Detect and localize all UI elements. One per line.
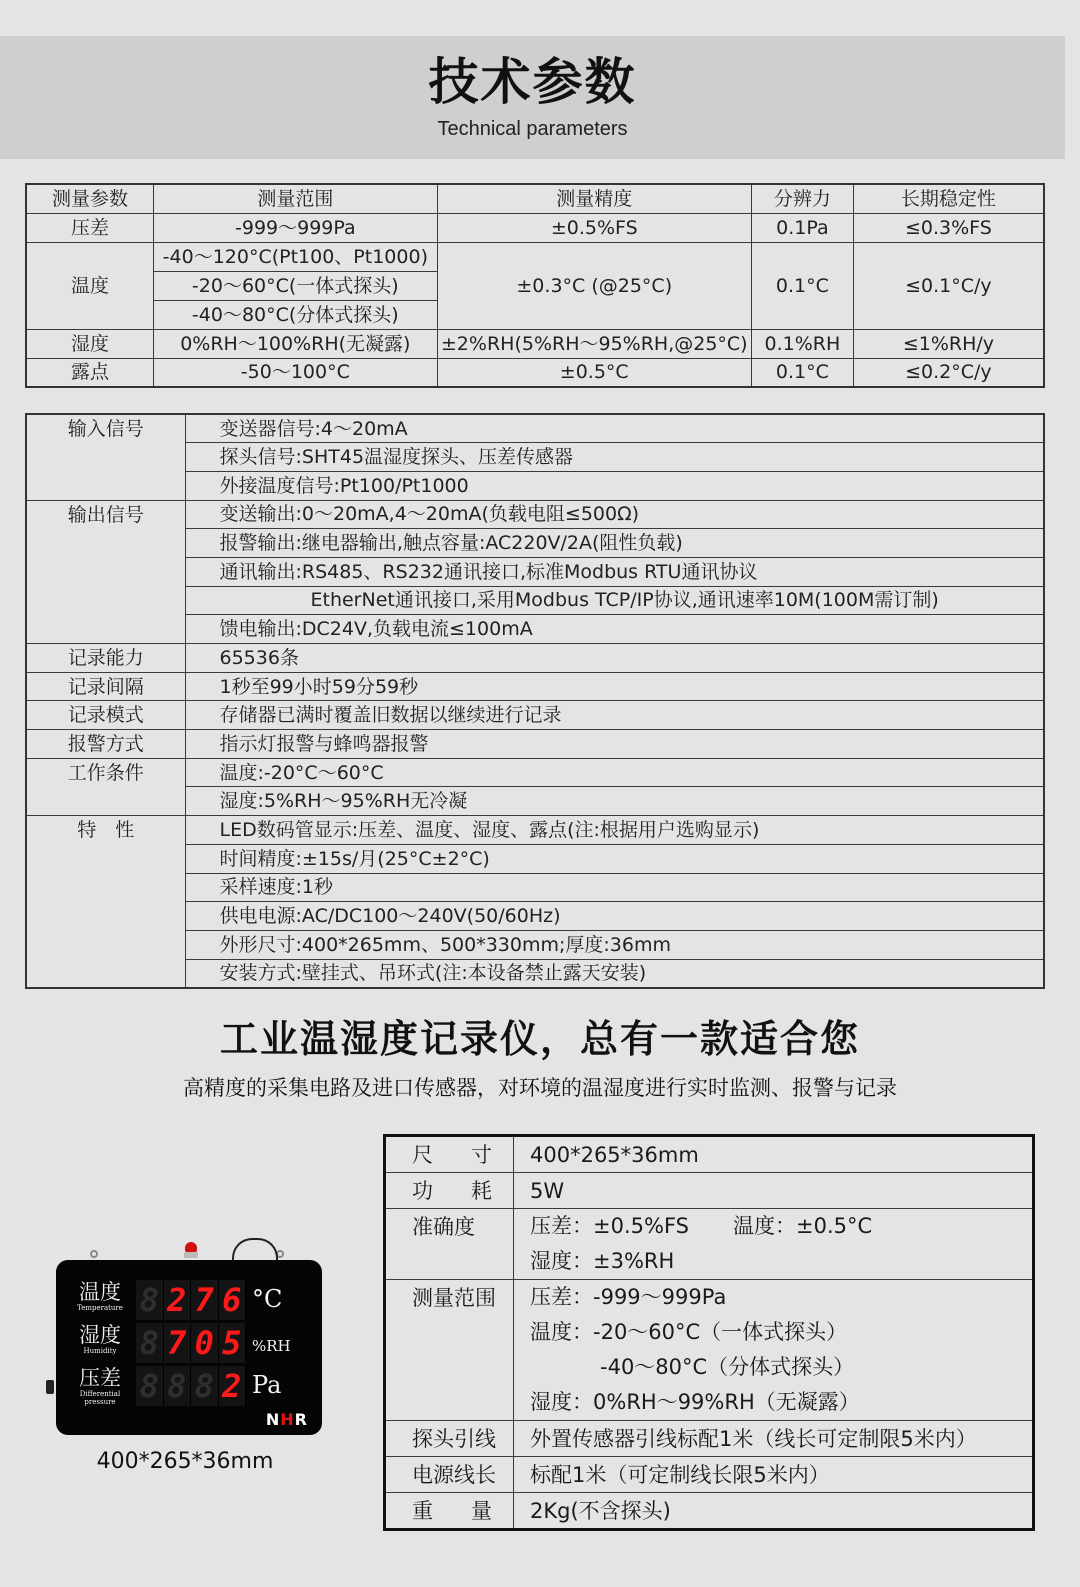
hanging-ring-icon (90, 1250, 98, 1258)
display-label-en: Temperature (66, 1304, 134, 1312)
spec-value: 采样速度:1秒 (185, 873, 1044, 902)
spec-value: 2Kg(不含探头) (514, 1493, 1034, 1530)
digit: 5 (219, 1323, 247, 1363)
spec-label: 特 性 (26, 816, 185, 988)
spec-value: 供电电源:AC/DC100～240V(50/60Hz) (185, 902, 1044, 931)
spec-label: 尺寸 (385, 1136, 514, 1173)
seven-segment-display: 8 2 7 6 (136, 1280, 246, 1320)
range-cell: -20～60°C(一体式探头) (154, 271, 437, 300)
display-label-en: Differential pressure (66, 1390, 134, 1406)
digit: 8 (164, 1366, 192, 1406)
param-cell: 湿度 (26, 329, 154, 358)
spec-value: 1秒至99小时59分59秒 (185, 672, 1044, 701)
stability-cell: ≤1%RH/y (853, 329, 1044, 358)
spec-label: 记录间隔 (26, 672, 185, 701)
device-panel: 温度 Temperature 8 2 7 6 °C 湿度 Humidity 8 … (56, 1260, 322, 1435)
stability-cell: ≤0.1°C/y (853, 242, 1044, 329)
spec-value: 报警输出:继电器输出,触点容量:AC220V/2A(阻性负载) (185, 529, 1044, 558)
display-row-pressure: 压差 Differential pressure 8 8 8 2 Pa (66, 1366, 316, 1406)
digit: 7 (191, 1280, 219, 1320)
range-cell: -40～80°C(分体式探头) (154, 300, 437, 329)
resolution-cell: 0.1°C (751, 358, 853, 387)
slogan-subtitle: 高精度的采集电路及进口传感器，对环境的温湿度进行实时监测、报警与记录 (0, 1073, 1080, 1103)
table-row: 报警方式指示灯报警与蜂鸣器报警 (26, 730, 1044, 759)
digit: 8 (136, 1280, 164, 1320)
digit: 0 (191, 1323, 219, 1363)
display-unit: %RH (252, 1331, 291, 1361)
param-cell: 温度 (26, 242, 154, 329)
spec-value: 安装方式:壁挂式、吊环式(注:本设备禁止露天安装) (185, 959, 1044, 988)
display-row-temperature: 温度 Temperature 8 2 7 6 °C (66, 1280, 316, 1320)
column-header: 分辨力 (751, 184, 853, 213)
spec-value: 变送输出:0～20mA,4～20mA(负载电阻≤500Ω) (185, 500, 1044, 529)
spec-label: 功耗 (385, 1173, 514, 1209)
resolution-cell: 0.1°C (751, 242, 853, 329)
side-connector-icon (46, 1380, 54, 1394)
table-row: 露点 -50～100°C ±0.5°C 0.1°C ≤0.2°C/y (26, 358, 1044, 387)
spec-table: 输入信号变送器信号:4～20mA 探头信号:SHT45温湿度探头、压差传感器 外… (25, 413, 1045, 989)
spec-value: 65536条 (185, 644, 1044, 673)
digit: 8 (136, 1366, 164, 1406)
column-header: 测量范围 (154, 184, 437, 213)
spec-value: 探头信号:SHT45温湿度探头、压差传感器 (185, 443, 1044, 472)
spec-value: 馈电输出:DC24V,负载电流≤100mA (185, 615, 1044, 644)
spec-value: LED数码管显示:压差、温度、湿度、露点(注:根据用户选购显示) (185, 816, 1044, 845)
spec-value: 压差：±0.5%FS温度：±0.5°C 湿度：±3%RH (514, 1209, 1034, 1280)
table-row: 电源线长 标配1米（可定制线长限5米内） (385, 1457, 1034, 1493)
table-row: 湿度 0%RH～100%RH(无凝露) ±2%RH(5%RH～95%RH,@25… (26, 329, 1044, 358)
spec-value: 变送器信号:4～20mA (185, 414, 1044, 443)
column-header: 长期稳定性 (853, 184, 1044, 213)
accuracy-cell: ±0.5%FS (437, 213, 751, 242)
table-row: 输入信号变送器信号:4～20mA (26, 414, 1044, 443)
resolution-cell: 0.1%RH (751, 329, 853, 358)
spec-label: 报警方式 (26, 730, 185, 759)
device-caption: 400*265*36mm (40, 1446, 330, 1478)
table-row: 探头引线 外置传感器引线标配1米（线长可定制限5米内） (385, 1421, 1034, 1457)
table-header-row: 测量参数 测量范围 测量精度 分辨力 长期稳定性 (26, 184, 1044, 213)
spec-value: 压差：-999～999Pa 温度：-20～60°C（一体式探头） -40～80°… (514, 1280, 1034, 1421)
hero-banner: 技术参数 Technical parameters (0, 36, 1065, 159)
display-label: 湿度 (66, 1323, 134, 1347)
spec-value: 外形尺寸:400*265mm、500*330mm;厚度:36mm (185, 930, 1044, 959)
table-row: 测量范围 压差：-999～999Pa 温度：-20～60°C（一体式探头） -4… (385, 1280, 1034, 1421)
accuracy-cell: ±0.5°C (437, 358, 751, 387)
digit: 2 (164, 1280, 192, 1320)
range-cell: -999～999Pa (154, 213, 437, 242)
spec-label: 测量范围 (385, 1280, 514, 1421)
digit: 6 (219, 1280, 247, 1320)
spec-value: 温度:-20°C～60°C (185, 758, 1044, 787)
spec-value: 400*265*36mm (514, 1136, 1034, 1173)
column-header: 测量参数 (26, 184, 154, 213)
range-cell: -50～100°C (154, 358, 437, 387)
table-row: 功耗 5W (385, 1173, 1034, 1209)
seven-segment-display: 8 8 8 2 (136, 1366, 246, 1406)
table-row: 输出信号变送输出:0～20mA,4～20mA(负载电阻≤500Ω) (26, 500, 1044, 529)
spec-value: 5W (514, 1173, 1034, 1209)
alarm-lamp-icon (184, 1242, 198, 1260)
table-row: 压差 -999～999Pa ±0.5%FS 0.1Pa ≤0.3%FS (26, 213, 1044, 242)
spec-label: 工作条件 (26, 758, 185, 815)
display-row-humidity: 湿度 Humidity 8 7 0 5 %RH (66, 1323, 316, 1363)
table-row: 温度 -40～120°C(Pt100、Pt1000) ±0.3°C (@25°C… (26, 242, 1044, 271)
page-title: 技术参数 (0, 52, 1065, 112)
resolution-cell: 0.1Pa (751, 213, 853, 242)
device-image: 温度 Temperature 8 2 7 6 °C 湿度 Humidity 8 … (46, 1238, 328, 1438)
column-header: 测量精度 (437, 184, 751, 213)
display-label: 压差 (66, 1366, 134, 1390)
spec-value: 指示灯报警与蜂鸣器报警 (185, 730, 1044, 759)
spec-value: 标配1米（可定制线长限5米内） (514, 1457, 1034, 1493)
digit: 8 (191, 1366, 219, 1406)
slogan-title: 工业温湿度记录仪，总有一款适合您 (0, 1014, 1080, 1064)
display-label-en: Humidity (66, 1347, 134, 1355)
brand-logo: NHR (266, 1410, 308, 1429)
table-row: 特 性LED数码管显示:压差、温度、湿度、露点(注:根据用户选购显示) (26, 816, 1044, 845)
table-row: 工作条件温度:-20°C～60°C (26, 758, 1044, 787)
spec-label: 电源线长 (385, 1457, 514, 1493)
display-unit: °C (252, 1284, 282, 1314)
spec-value: EtherNet通讯接口,采用Modbus TCP/IP协议,通讯速率10M(1… (185, 586, 1044, 615)
page-subtitle: Technical parameters (0, 117, 1065, 141)
table-row: 重量 2Kg(不含探头) (385, 1493, 1034, 1530)
product-spec-table: 尺寸 400*265*36mm 功耗 5W 准确度 压差：±0.5%FS温度：±… (383, 1134, 1035, 1531)
spec-value: 时间精度:±15s/月(25°C±2°C) (185, 844, 1044, 873)
stability-cell: ≤0.3%FS (853, 213, 1044, 242)
range-cell: -40～120°C(Pt100、Pt1000) (154, 242, 437, 271)
param-cell: 压差 (26, 213, 154, 242)
spec-value: 存储器已满时覆盖旧数据以继续进行记录 (185, 701, 1044, 730)
digit: 2 (219, 1366, 247, 1406)
spec-label: 准确度 (385, 1209, 514, 1280)
spec-value: 湿度:5%RH～95%RH无冷凝 (185, 787, 1044, 816)
table-row: 记录间隔1秒至99小时59分59秒 (26, 672, 1044, 701)
table-row: 记录能力65536条 (26, 644, 1044, 673)
display-label: 温度 (66, 1280, 134, 1304)
table-row: 尺寸 400*265*36mm (385, 1136, 1034, 1173)
digit: 7 (164, 1323, 192, 1363)
accuracy-cell: ±2%RH(5%RH～95%RH,@25°C) (437, 329, 751, 358)
stability-cell: ≤0.2°C/y (853, 358, 1044, 387)
display-unit: Pa (252, 1370, 281, 1400)
table-row: 记录模式存储器已满时覆盖旧数据以继续进行记录 (26, 701, 1044, 730)
spec-value: 外接温度信号:Pt100/Pt1000 (185, 471, 1044, 500)
seven-segment-display: 8 7 0 5 (136, 1323, 246, 1363)
measurement-table: 测量参数 测量范围 测量精度 分辨力 长期稳定性 压差 -999～999Pa ±… (25, 183, 1045, 388)
spec-value: 外置传感器引线标配1米（线长可定制限5米内） (514, 1421, 1034, 1457)
spec-label: 输出信号 (26, 500, 185, 643)
spec-value: 通讯输出:RS485、RS232通讯接口,标准Modbus RTU通讯协议 (185, 557, 1044, 586)
spec-label: 探头引线 (385, 1421, 514, 1457)
spec-label: 重量 (385, 1493, 514, 1530)
table-row: 准确度 压差：±0.5%FS温度：±0.5°C 湿度：±3%RH (385, 1209, 1034, 1280)
spec-label: 输入信号 (26, 414, 185, 500)
spec-label: 记录模式 (26, 701, 185, 730)
digit: 8 (136, 1323, 164, 1363)
spec-label: 记录能力 (26, 644, 185, 673)
accuracy-cell: ±0.3°C (@25°C) (437, 242, 751, 329)
param-cell: 露点 (26, 358, 154, 387)
range-cell: 0%RH～100%RH(无凝露) (154, 329, 437, 358)
